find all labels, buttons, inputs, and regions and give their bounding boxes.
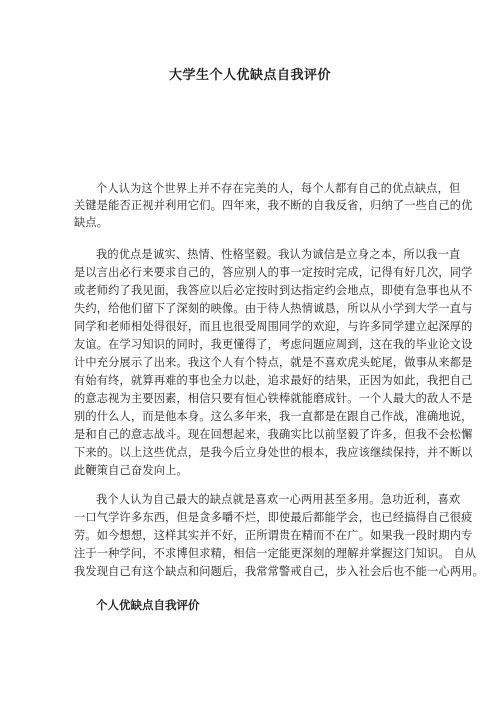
text-line: 下来的。以上这些优点，是我今后立身处世的根本，我应该继续保持，并不断以	[74, 446, 473, 460]
document-page: 大学生个人优缺点自我评价 个人认为这个世界上并不存在完美的人，每个人都有自己的优…	[0, 0, 500, 708]
text-line: 注于一种学问，不求博但求精，相信一定能更深刻的理解并掌握这门知识。 自从	[74, 547, 476, 561]
text-line: 同学和老师相处得很好，而且也很受周围同学的欢迎，与许多同学建立起深厚的	[74, 320, 473, 334]
text-line: 缺点。	[74, 216, 108, 230]
text-line: 失约，给他们留下了深刻的映像。由于待人热情诚恳，所以从小学到大学一直与	[74, 302, 473, 316]
text-line: 个人认为这个世界上并不存在完美的人，每个人都有自己的优点缺点，但	[96, 182, 460, 196]
document-title: 大学生个人优缺点自我评价	[0, 64, 500, 83]
text-line: 我的优点是诚实、热情、性格坚毅。我认为诚信是立身之本，所以我一直	[96, 248, 460, 262]
section-subheading: 个人优缺点自我评价	[96, 597, 200, 613]
text-line: 或老师约了我见面，我答应以后必定按时到达指定约会地点，即使有急事也从不	[74, 284, 473, 298]
text-line: 的意志视为主要因素，相信只要有恒心铁棒就能磨成针。一个人最大的敌人不是	[74, 392, 473, 406]
text-line: 是以言出必行来要求自己的，答应别人的事一定按时完成，记得有好几次，同学	[74, 266, 473, 280]
text-line: 有始有终，就算再难的事也全力以赴，追求最好的结果，正因为如此，我把自己	[74, 374, 473, 388]
text-line: 此鞭策自己奋发向上。	[74, 464, 188, 478]
text-line: 一口气学许多东西，但是贪多嚼不烂，即使最后都能学会，也已经搞得自己很疲	[74, 511, 473, 525]
text-line: 友谊。在学习知识的同时，我更懂得了，考虑问题应周到，这在我的毕业论文设	[74, 338, 473, 352]
text-line: 是和自己的意志战斗。现在回想起来，我确实比以前坚毅了许多，但我不会松懈	[74, 428, 473, 442]
text-line: 别的什么人，而是他本身。这么多年来，我一直都是在跟自己作战，准确地说，	[74, 410, 473, 424]
text-line: 关键是能否正视并利用它们。四年来，我不断的自我反省，归纳了一些自己的优	[74, 199, 473, 213]
text-line: 劳。如今想想，这样其实并不好，正所谓贵在精而不在广。如果我一段时期内专	[74, 529, 473, 543]
text-line: 我个人认为自己最大的缺点就是喜欢一心两用甚至多用。急功近利，喜欢	[96, 493, 460, 507]
text-line: 计中充分展示了出来。我这个人有个特点，就是不喜欢虎头蛇尾，做事从来都是	[74, 356, 473, 370]
text-line: 我发现自己有这个缺点和问题后，我常常警戒自己，步入社会后也不能一心两用。	[74, 565, 484, 579]
